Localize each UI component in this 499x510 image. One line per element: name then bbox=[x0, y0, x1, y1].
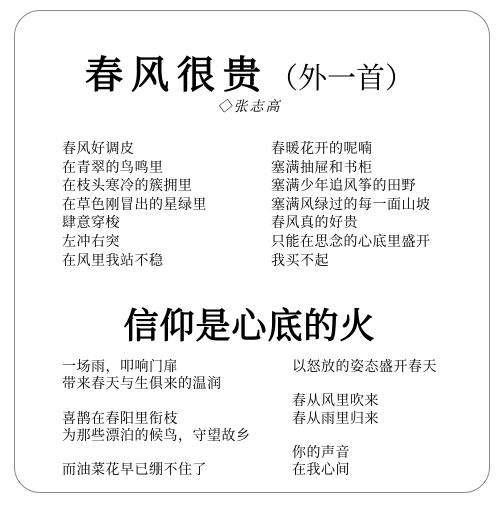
poem1-title: 春风很贵（外一首） bbox=[0, 44, 499, 99]
poem-line: 我买不起 bbox=[271, 253, 431, 272]
poem-line: 喜鹊在春阳里衔枝 bbox=[62, 411, 251, 428]
poem-line: 你的声音 bbox=[292, 445, 437, 462]
poem-line: 在枝头寒冷的簇拥里 bbox=[62, 178, 207, 197]
poem-line: 在青翠的鸟鸣里 bbox=[62, 160, 207, 179]
poem2-left-column: 一场雨，叩响门扉带来春天与生俱来的温润喜鹊在春阳里衔枝为那些漂泊的候鸟，守望故乡… bbox=[62, 359, 251, 479]
poem-line bbox=[292, 428, 437, 445]
poem1-right-column: 春暖花开的呢喃塞满抽屉和书柜塞满少年追风筝的田野塞满风绿过的每一面山坡春风真的好… bbox=[271, 141, 431, 271]
poem-line: 春风真的好贵 bbox=[271, 215, 431, 234]
poem-line: 左冲右突 bbox=[62, 234, 207, 253]
poem-line: 一场雨，叩响门扉 bbox=[62, 359, 251, 376]
poem-line bbox=[292, 376, 437, 393]
poem-line: 春从雨里归来 bbox=[292, 411, 437, 428]
poem-line: 塞满抽屉和书柜 bbox=[271, 160, 431, 179]
poem-line: 肆意穿梭 bbox=[62, 215, 207, 234]
poem-line: 塞满少年追风筝的田野 bbox=[271, 178, 431, 197]
poem-line: 春风好调皮 bbox=[62, 141, 207, 160]
poem1-title-main: 春风很贵 bbox=[85, 55, 269, 97]
poem-line: 在风里我站不稳 bbox=[62, 253, 207, 272]
poem-line: 而油菜花早已绷不住了 bbox=[62, 462, 251, 479]
poem1-title-suffix: （外一首） bbox=[269, 63, 414, 95]
poem-line: 塞满风绿过的每一面山坡 bbox=[271, 197, 431, 216]
poem-line: 以怒放的姿态盛开春天 bbox=[292, 359, 437, 376]
poem-line: 春从风里吹来 bbox=[292, 393, 437, 410]
poem-page: 春风很贵（外一首） ◇张志高 春风好调皮在青翠的鸟鸣里在枝头寒冷的簇拥里在草色刚… bbox=[0, 0, 499, 510]
poem-line: 在我心间 bbox=[292, 462, 437, 479]
poem2-title: 信仰是心底的火 bbox=[0, 299, 499, 349]
poem-line: 只能在思念的心底里盛开 bbox=[271, 234, 431, 253]
poem-line bbox=[62, 445, 251, 462]
poem-line: 在草色刚冒出的星绿里 bbox=[62, 197, 207, 216]
poem-line: 春暖花开的呢喃 bbox=[271, 141, 431, 160]
poem2-right-column: 以怒放的姿态盛开春天春从风里吹来春从雨里归来你的声音在我心间 bbox=[292, 359, 437, 479]
poem-line: 带来春天与生俱来的温润 bbox=[62, 376, 251, 393]
poem-line bbox=[62, 393, 251, 410]
poem1-left-column: 春风好调皮在青翠的鸟鸣里在枝头寒冷的簇拥里在草色刚冒出的星绿里肆意穿梭左冲右突在… bbox=[62, 141, 207, 271]
poem-line: 为那些漂泊的候鸟，守望故乡 bbox=[62, 428, 251, 445]
poem1-author: ◇张志高 bbox=[0, 96, 499, 116]
